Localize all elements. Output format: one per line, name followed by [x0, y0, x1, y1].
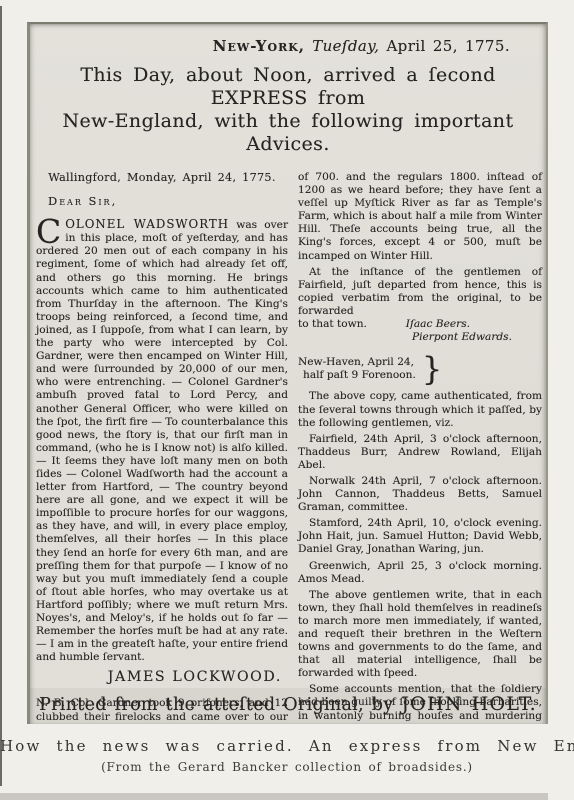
masthead-dateline: New-York, Tueſday, April 25, 1775.: [30, 37, 546, 55]
photo-left-edge: [0, 6, 2, 786]
new-haven-dateline-lines: New-Haven, April 24, half paſt 9 Forenoo…: [298, 356, 416, 382]
committee-entry: Fairfield, 24th April, 3 o'clock afterno…: [298, 433, 542, 472]
masthead-city: New-York,: [213, 37, 305, 55]
paragraph-readiness: The above gentlemen write, that in each …: [298, 589, 542, 681]
salutation: Dear Sir,: [36, 195, 288, 208]
headline-line1: This Day, about Noon, arrived a ſecond E…: [30, 64, 546, 110]
caption-title: How the news was carried. An express fro…: [0, 737, 574, 755]
signature-row: to that town. Iſaac Beers.: [298, 318, 542, 331]
caption-area: How the news was carried. An express fro…: [0, 737, 574, 774]
committee-entry: Norwalk 24th April, 7 o'clock afternoon.…: [298, 475, 542, 514]
paragraph-continuation: of 700. and the regulars 1800. inſtead o…: [298, 171, 542, 263]
imprint-band: Printed from the atteſted Original, by J…: [30, 688, 546, 724]
imprint-prefix: Printed from the atteſted Original, by: [39, 695, 401, 715]
instance-tail: to that town.: [298, 318, 367, 331]
paragraph-instance: At the inſtance of the gentlemen of Fair…: [298, 266, 542, 318]
masthead-date: April 25, 1775.: [386, 37, 510, 55]
committee-list: Fairfield, 24th April, 3 o'clock afterno…: [298, 433, 542, 586]
column-right: of 700. and the regulars 1800. inſtead o…: [298, 171, 542, 724]
drop-cap: C: [36, 218, 65, 244]
new-haven-time: half paſt 9 Forenoon.: [298, 369, 416, 382]
signature-james-lockwood: JAMES LOCKWOOD.: [36, 671, 288, 684]
letter-body: COLONEL WADSWORTH was over in this place…: [36, 218, 288, 664]
column-left: Wallingford, Monday, April 24, 1775. Dea…: [36, 171, 288, 724]
imprint-line: Printed from the atteſted Original, by J…: [30, 693, 546, 715]
caption-source: (From the Gerard Bancker collection of b…: [0, 760, 574, 774]
imprint-printer-name: JOHN HOLT.: [401, 693, 537, 715]
committee-entry: Stamford, 24th April, 10, o'clock evenin…: [298, 517, 542, 556]
body-columns: Wallingford, Monday, April 24, 1775. Dea…: [30, 171, 546, 724]
brace-glyph: }: [422, 356, 442, 382]
photo-bottom-edge: [0, 793, 548, 800]
masthead-day: Tueſday,: [312, 37, 379, 55]
photo-frame: New-York, Tueſday, April 25, 1775. This …: [0, 0, 574, 800]
headline: This Day, about Noon, arrived a ſecond E…: [30, 64, 546, 156]
letter-body-text: was over in this place, moſt of yeſterda…: [36, 219, 288, 663]
new-haven-dateline-block: New-Haven, April 24, half paſt 9 Forenoo…: [298, 356, 542, 382]
signer-isaac-beers: Iſaac Beers.: [406, 318, 470, 331]
letter-lead-in: OLONEL WADSWORTH: [65, 217, 229, 231]
left-dateline: Wallingford, Monday, April 24, 1775.: [36, 171, 288, 184]
headline-line2: New-England, with the following importan…: [30, 110, 546, 156]
new-haven-place: New-Haven, April 24,: [298, 356, 416, 369]
committee-entry: Greenwich, April 25, 3 o'clock morning. …: [298, 560, 542, 586]
paragraph-above-copy: The above copy, came authenticated, from…: [298, 390, 542, 429]
broadside-document: New-York, Tueſday, April 25, 1775. This …: [27, 22, 548, 724]
signer-pierpont-edwards: Pierpont Edwards.: [298, 331, 542, 344]
